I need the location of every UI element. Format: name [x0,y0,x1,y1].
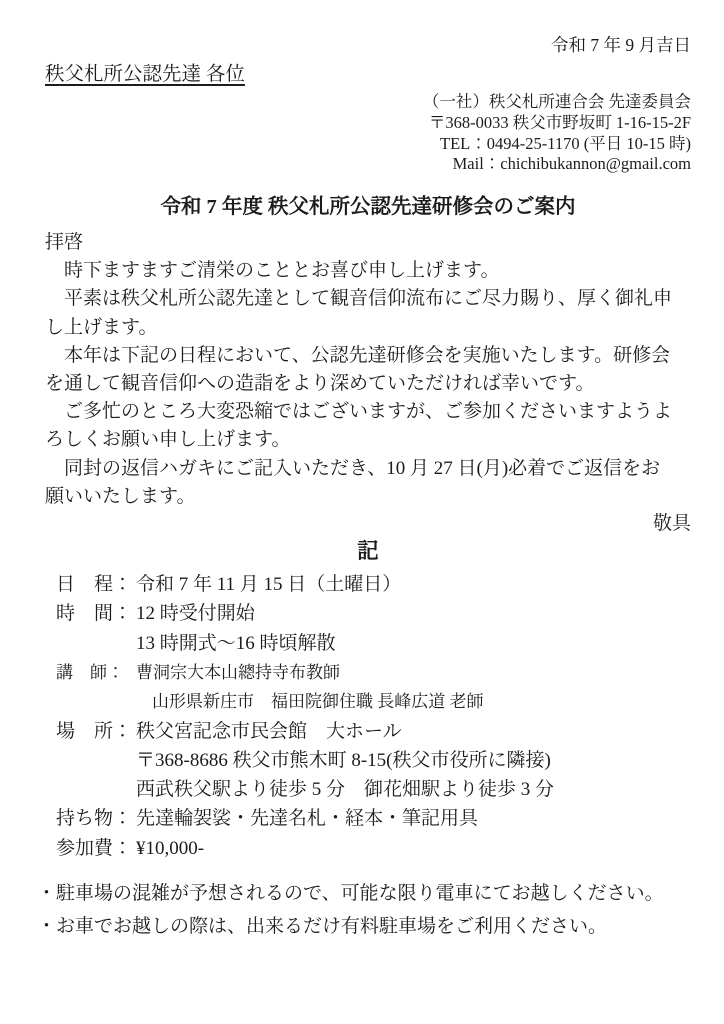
letter-body: 時下ますますご清栄のこととお喜び申し上げます。 平素は秩父札所公認先達として観音… [45,257,691,511]
detail-line: 秩父宮記念市民会館 大ホール [136,717,691,746]
closing-word: 敬具 [45,511,691,537]
detail-row-lecturer: 講 師： 曹洞宗大本山總持寺布教師 山形県新庄市 福田院御住職 長峰広道 老師 [45,658,691,717]
detail-row-time: 時 間： 12 時受付開始 13 時開式〜16 時頃解散 [45,599,691,658]
sender-org: （一社）秩父札所連合会 先達委員会 [45,92,691,113]
detail-line: 〒368-8686 秩父市熊木町 8-15(秩父市役所に隣接) [136,746,691,775]
body-line: 同封の返信ハガキにご記入いただき、10 月 27 日(月)必着でご返信をお [45,455,691,483]
body-line: 願いいたします。 [45,483,691,511]
body-line: 平素は秩父札所公認先達として観音信仰流布にご尽力賜り、厚く御礼申 [45,285,691,313]
addressee-line: 秩父札所公認先達 各位 [45,62,691,88]
record-heading: 記 [45,538,691,565]
detail-row-schedule: 日 程： 令和 7 年 11 月 15 日（土曜日） [45,570,691,599]
detail-line: 曹洞宗大本山總持寺布教師 [136,658,691,687]
detail-line: 西武秩父駅より徒歩 5 分 御花畑駅より徒歩 3 分 [136,775,691,804]
detail-label: 参加費： [56,834,136,863]
detail-label: 講 師： [56,658,136,717]
body-line: 本年は下記の日程において、公認先達研修会を実施いたします。研修会 [45,342,691,370]
detail-label: 日 程： [56,570,136,599]
detail-line: 13 時開式〜16 時頃解散 [136,629,691,658]
body-line: ろしくお願い申し上げます。 [45,426,691,454]
body-line: を通して観音信仰への造詣をより深めていただければ幸いです。 [45,370,691,398]
date-text: 令和 7 年 9 月吉日 [551,35,691,55]
detail-row-items: 持ち物： 先達輪袈裟・先達名札・経本・筆記用具 [45,804,691,833]
note-line: ・お車でお越しの際は、出来るだけ有料駐車場をご利用ください。 [37,910,691,944]
detail-row-venue: 場 所： 秩父宮記念市民会館 大ホール 〒368-8686 秩父市熊木町 8-1… [45,717,691,805]
sender-tel: TEL：0494-25-1170 (平日 10-15 時) [45,134,691,155]
detail-line: 先達輪袈裟・先達名札・経本・筆記用具 [136,804,691,833]
detail-row-fee: 参加費： ¥10,000- [45,834,691,863]
detail-label: 場 所： [56,717,136,805]
detail-label: 時 間： [56,599,136,658]
details-list: 日 程： 令和 7 年 11 月 15 日（土曜日） 時 間： 12 時受付開始… [45,570,691,863]
notes-section: ・駐車場の混雑が予想されるので、可能な限り電車にてお越しください。 ・お車でお越… [37,877,691,944]
addressee-text: 秩父札所公認先達 各位 [45,64,245,85]
letter-page: 令和 7 年 9 月吉日 秩父札所公認先達 各位 （一社）秩父札所連合会 先達委… [0,0,724,1024]
detail-label: 持ち物： [56,804,136,833]
detail-line: 山形県新庄市 福田院御住職 長峰広道 老師 [136,687,691,716]
body-line: し上げます。 [45,314,691,342]
detail-line: 12 時受付開始 [136,599,691,628]
sender-address: 〒368-0033 秩父市野坂町 1-16-15-2F [45,113,691,134]
body-line: ご多忙のところ大変恐縮ではございますが、ご参加くださいますようよ [45,398,691,426]
document-title: 令和 7 年度 秩父札所公認先達研修会のご案内 [45,193,691,221]
salutation: 拝啓 [45,229,691,257]
date-line: 令和 7 年 9 月吉日 [45,34,691,56]
sender-block: （一社）秩父札所連合会 先達委員会 〒368-0033 秩父市野坂町 1-16-… [45,92,691,175]
note-line: ・駐車場の混雑が予想されるので、可能な限り電車にてお越しください。 [37,877,691,911]
detail-line: 令和 7 年 11 月 15 日（土曜日） [136,570,691,599]
sender-mail: Mail：chichibukannon@gmail.com [45,154,691,175]
body-line: 時下ますますご清栄のこととお喜び申し上げます。 [45,257,691,285]
detail-line: ¥10,000- [136,834,691,863]
